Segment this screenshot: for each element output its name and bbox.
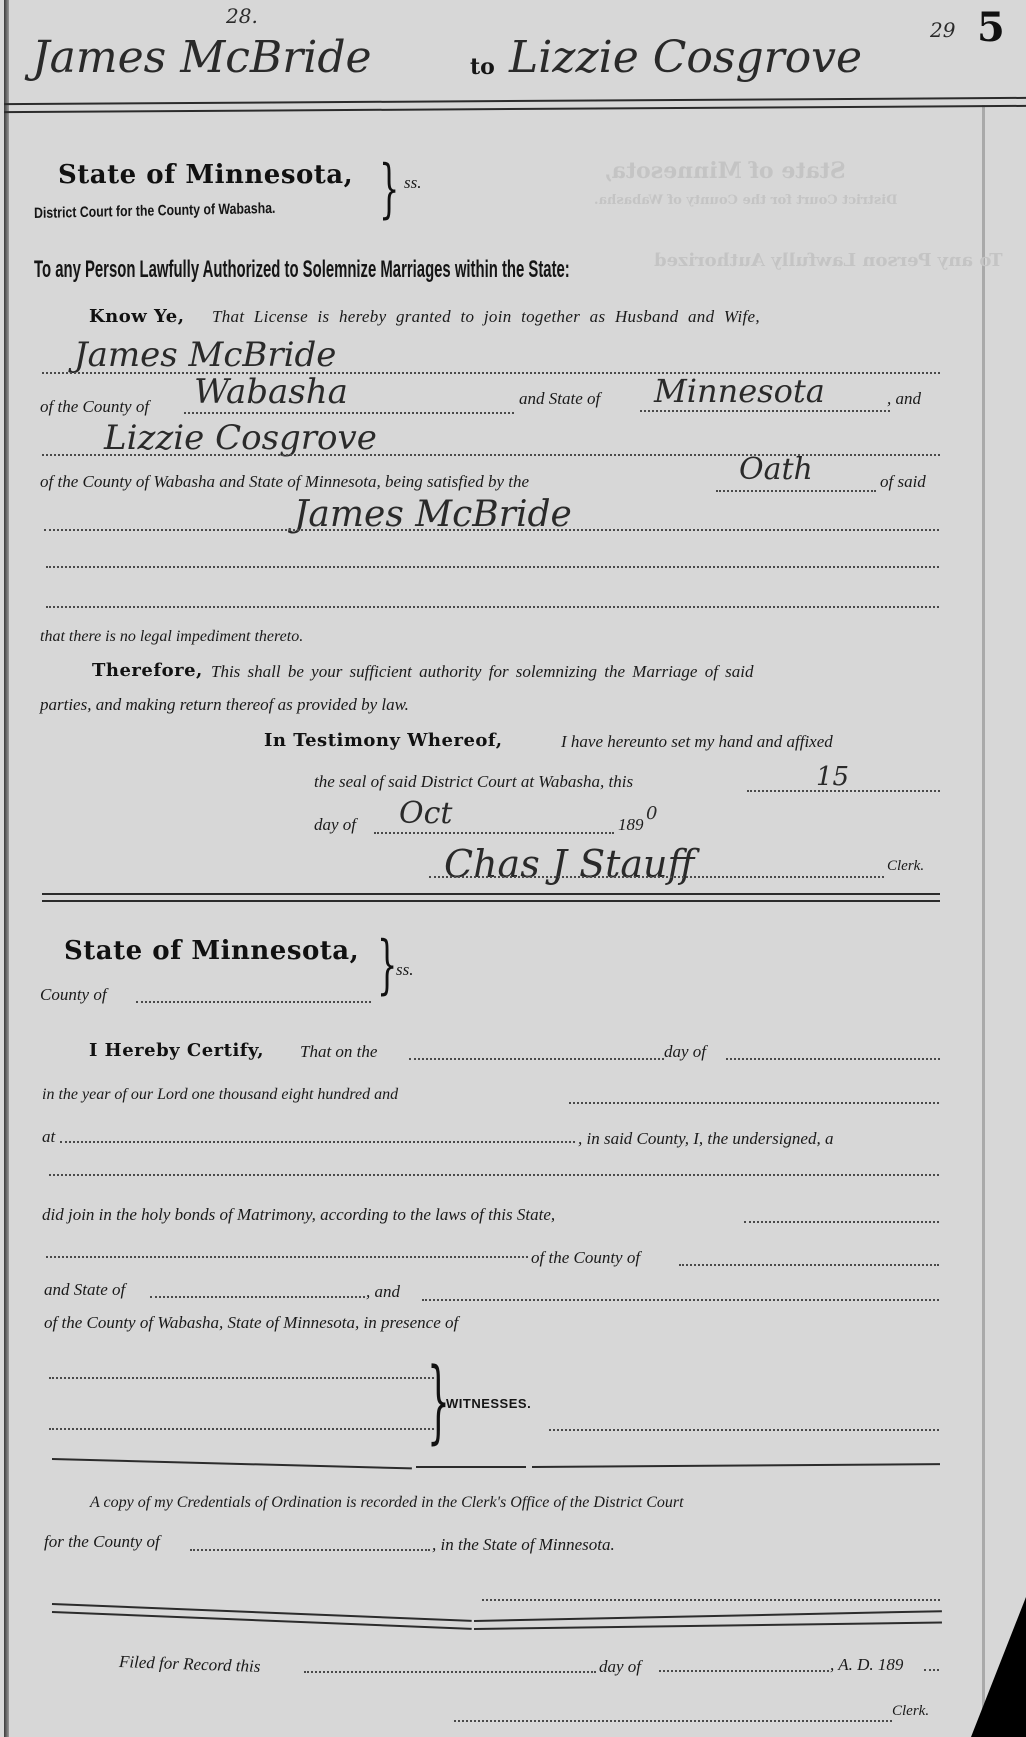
header-connector: to xyxy=(470,54,495,80)
license-address-line: To any Person Lawfully Authorized to Sol… xyxy=(34,256,570,284)
groom-name-field: James McBride xyxy=(74,335,336,375)
in-said-county-text: , in said County, I, the undersigned, a xyxy=(578,1129,833,1149)
wabasha-presence-text: of the County of Wabasha, State of Minne… xyxy=(44,1313,458,1333)
groom-county-field: Wabasha xyxy=(194,372,348,412)
header-groom-name: James McBride xyxy=(32,32,372,83)
month-line xyxy=(374,832,614,834)
certify-month-line xyxy=(726,1058,940,1060)
year-prefix: 189 xyxy=(618,815,644,835)
certificate-brace: } xyxy=(377,928,397,1002)
for-county-of-label: for the County of xyxy=(44,1532,160,1552)
section-divider-bottom xyxy=(42,900,940,902)
filing-divider-1b xyxy=(474,1610,942,1622)
bride-name-cert-line xyxy=(422,1299,939,1301)
certificate-state-heading: State of Minnesota, xyxy=(64,936,359,966)
satisfied-by-line xyxy=(716,490,876,492)
oath-line-2 xyxy=(46,566,939,568)
no-impediment-text: that there is no legal impediment theret… xyxy=(40,628,303,646)
day-of-label: day of xyxy=(314,815,356,835)
section-divider-2a xyxy=(52,1458,412,1469)
satisfied-by-field: Oath xyxy=(739,452,813,487)
header-bride-number: 29 xyxy=(930,18,955,42)
filed-year-line xyxy=(924,1669,939,1671)
in-state-text: , in the State of Minnesota. xyxy=(432,1535,615,1555)
and-state-of-cert: and State of xyxy=(44,1280,125,1300)
groom-state-line xyxy=(640,410,890,412)
torn-page-corner xyxy=(971,1597,1026,1737)
testimony-lead: In Testimony Whereof, xyxy=(264,730,503,751)
filed-day-of-label: day of xyxy=(599,1657,641,1677)
groom-name-cert-line xyxy=(46,1256,528,1258)
therefore-lead: Therefore, xyxy=(92,660,203,681)
header-groom-number: 28. xyxy=(226,4,258,28)
header-rule-top xyxy=(4,97,1026,105)
seal-text: the seal of said District Court at Wabas… xyxy=(314,772,633,792)
of-the-county-of-label: of the County of xyxy=(40,397,149,417)
certificate-ss: ss. xyxy=(396,960,413,980)
testimony-text: I have hereunto set my hand and affixed xyxy=(561,732,833,752)
filed-month-line xyxy=(659,1670,829,1672)
filed-day-line xyxy=(304,1671,596,1673)
license-court-line: District Court for the County of Wabasha… xyxy=(34,200,276,222)
groom-state-cert-line xyxy=(150,1296,365,1298)
and-state-of-label: and State of xyxy=(519,389,600,409)
certificate-county-of-label: County of xyxy=(40,985,107,1005)
certify-lead: I Hereby Certify, xyxy=(89,1040,264,1061)
filing-divider-2a xyxy=(52,1611,472,1630)
license-brace: } xyxy=(379,152,399,226)
groom-county-cert-line xyxy=(679,1264,939,1266)
officiant-credentials-line xyxy=(482,1599,940,1601)
credentials-text: A copy of my Credentials of Ordination i… xyxy=(90,1494,684,1512)
section-divider-top xyxy=(42,893,940,895)
clerk-signature: Chas J Stauff xyxy=(444,842,694,886)
filing-clerk-line xyxy=(454,1720,892,1722)
header-rule-bottom xyxy=(4,105,1026,113)
witness-line-2 xyxy=(49,1428,434,1430)
certify-day-line xyxy=(409,1058,664,1060)
filing-clerk-label: Clerk. xyxy=(892,1703,929,1720)
bleed-through-address: To any Person Lawfully Authorized xyxy=(654,250,1003,271)
bleed-through-court: District Court for the County of Wabasha… xyxy=(594,193,897,208)
clerk-label: Clerk. xyxy=(887,858,924,875)
bride-name-field: Lizzie Cosgrove xyxy=(104,418,377,458)
and-cert-label: , and xyxy=(366,1282,400,1302)
year-line xyxy=(569,1102,939,1104)
oath-line-3 xyxy=(46,606,939,608)
right-margin-rule xyxy=(982,105,985,1737)
did-join-text: did join in the holy bonds of Matrimony,… xyxy=(42,1205,555,1225)
bride-residence-text: of the County of Wabasha and State of Mi… xyxy=(40,472,529,492)
license-ss: ss. xyxy=(404,173,421,193)
and-suffix: , and xyxy=(887,389,921,409)
know-ye-text: That License is hereby granted to join t… xyxy=(212,307,760,327)
groom-state-field: Minnesota xyxy=(654,372,825,410)
groom-county-line xyxy=(184,412,514,414)
scan-left-edge xyxy=(4,0,9,1737)
year-suffix-field: 0 xyxy=(646,803,657,824)
year-text: in the year of our Lord one thousand eig… xyxy=(42,1086,398,1104)
filed-ad-text: , A. D. 189 xyxy=(830,1655,903,1675)
groom-line xyxy=(744,1221,939,1223)
bleed-through-state: State of Minnesota, xyxy=(604,158,846,184)
section-divider-2c xyxy=(532,1463,940,1468)
oath-line-1 xyxy=(44,529,939,531)
month-value-field: Oct xyxy=(399,796,452,831)
section-divider-2b xyxy=(416,1466,526,1468)
witness-line-1 xyxy=(49,1377,434,1379)
officiant-signature-line xyxy=(549,1429,939,1431)
certificate-county-line xyxy=(136,1001,371,1003)
officiant-title-line xyxy=(49,1174,939,1176)
credentials-county-line xyxy=(190,1549,430,1551)
know-ye-lead: Know Ye, xyxy=(89,306,185,327)
day-value-field: 15 xyxy=(816,762,849,792)
clerk-signature-line xyxy=(429,876,884,878)
of-said-label: of said xyxy=(880,472,926,492)
of-the-county-of-cert: of the County of xyxy=(531,1248,640,1268)
header-bride-name: Lizzie Cosgrove xyxy=(509,32,862,83)
at-label: at xyxy=(42,1127,55,1147)
page-number: 5 xyxy=(977,4,1005,51)
certify-day-of-label: day of xyxy=(664,1042,706,1062)
filed-for-record-text: Filed for Record this xyxy=(119,1652,261,1677)
therefore-text: This shall be your sufficient authority … xyxy=(211,662,754,682)
license-state-heading: State of Minnesota, xyxy=(58,160,353,190)
therefore-text-2: parties, and making return thereof as pr… xyxy=(40,695,409,715)
marriage-license-page: State of Minnesota, District Court for t… xyxy=(4,0,1026,1737)
witnesses-label: WITNESSES. xyxy=(446,1396,531,1411)
at-line xyxy=(60,1141,575,1143)
filing-divider-2b xyxy=(474,1621,942,1630)
certify-text: That on the xyxy=(300,1042,377,1062)
